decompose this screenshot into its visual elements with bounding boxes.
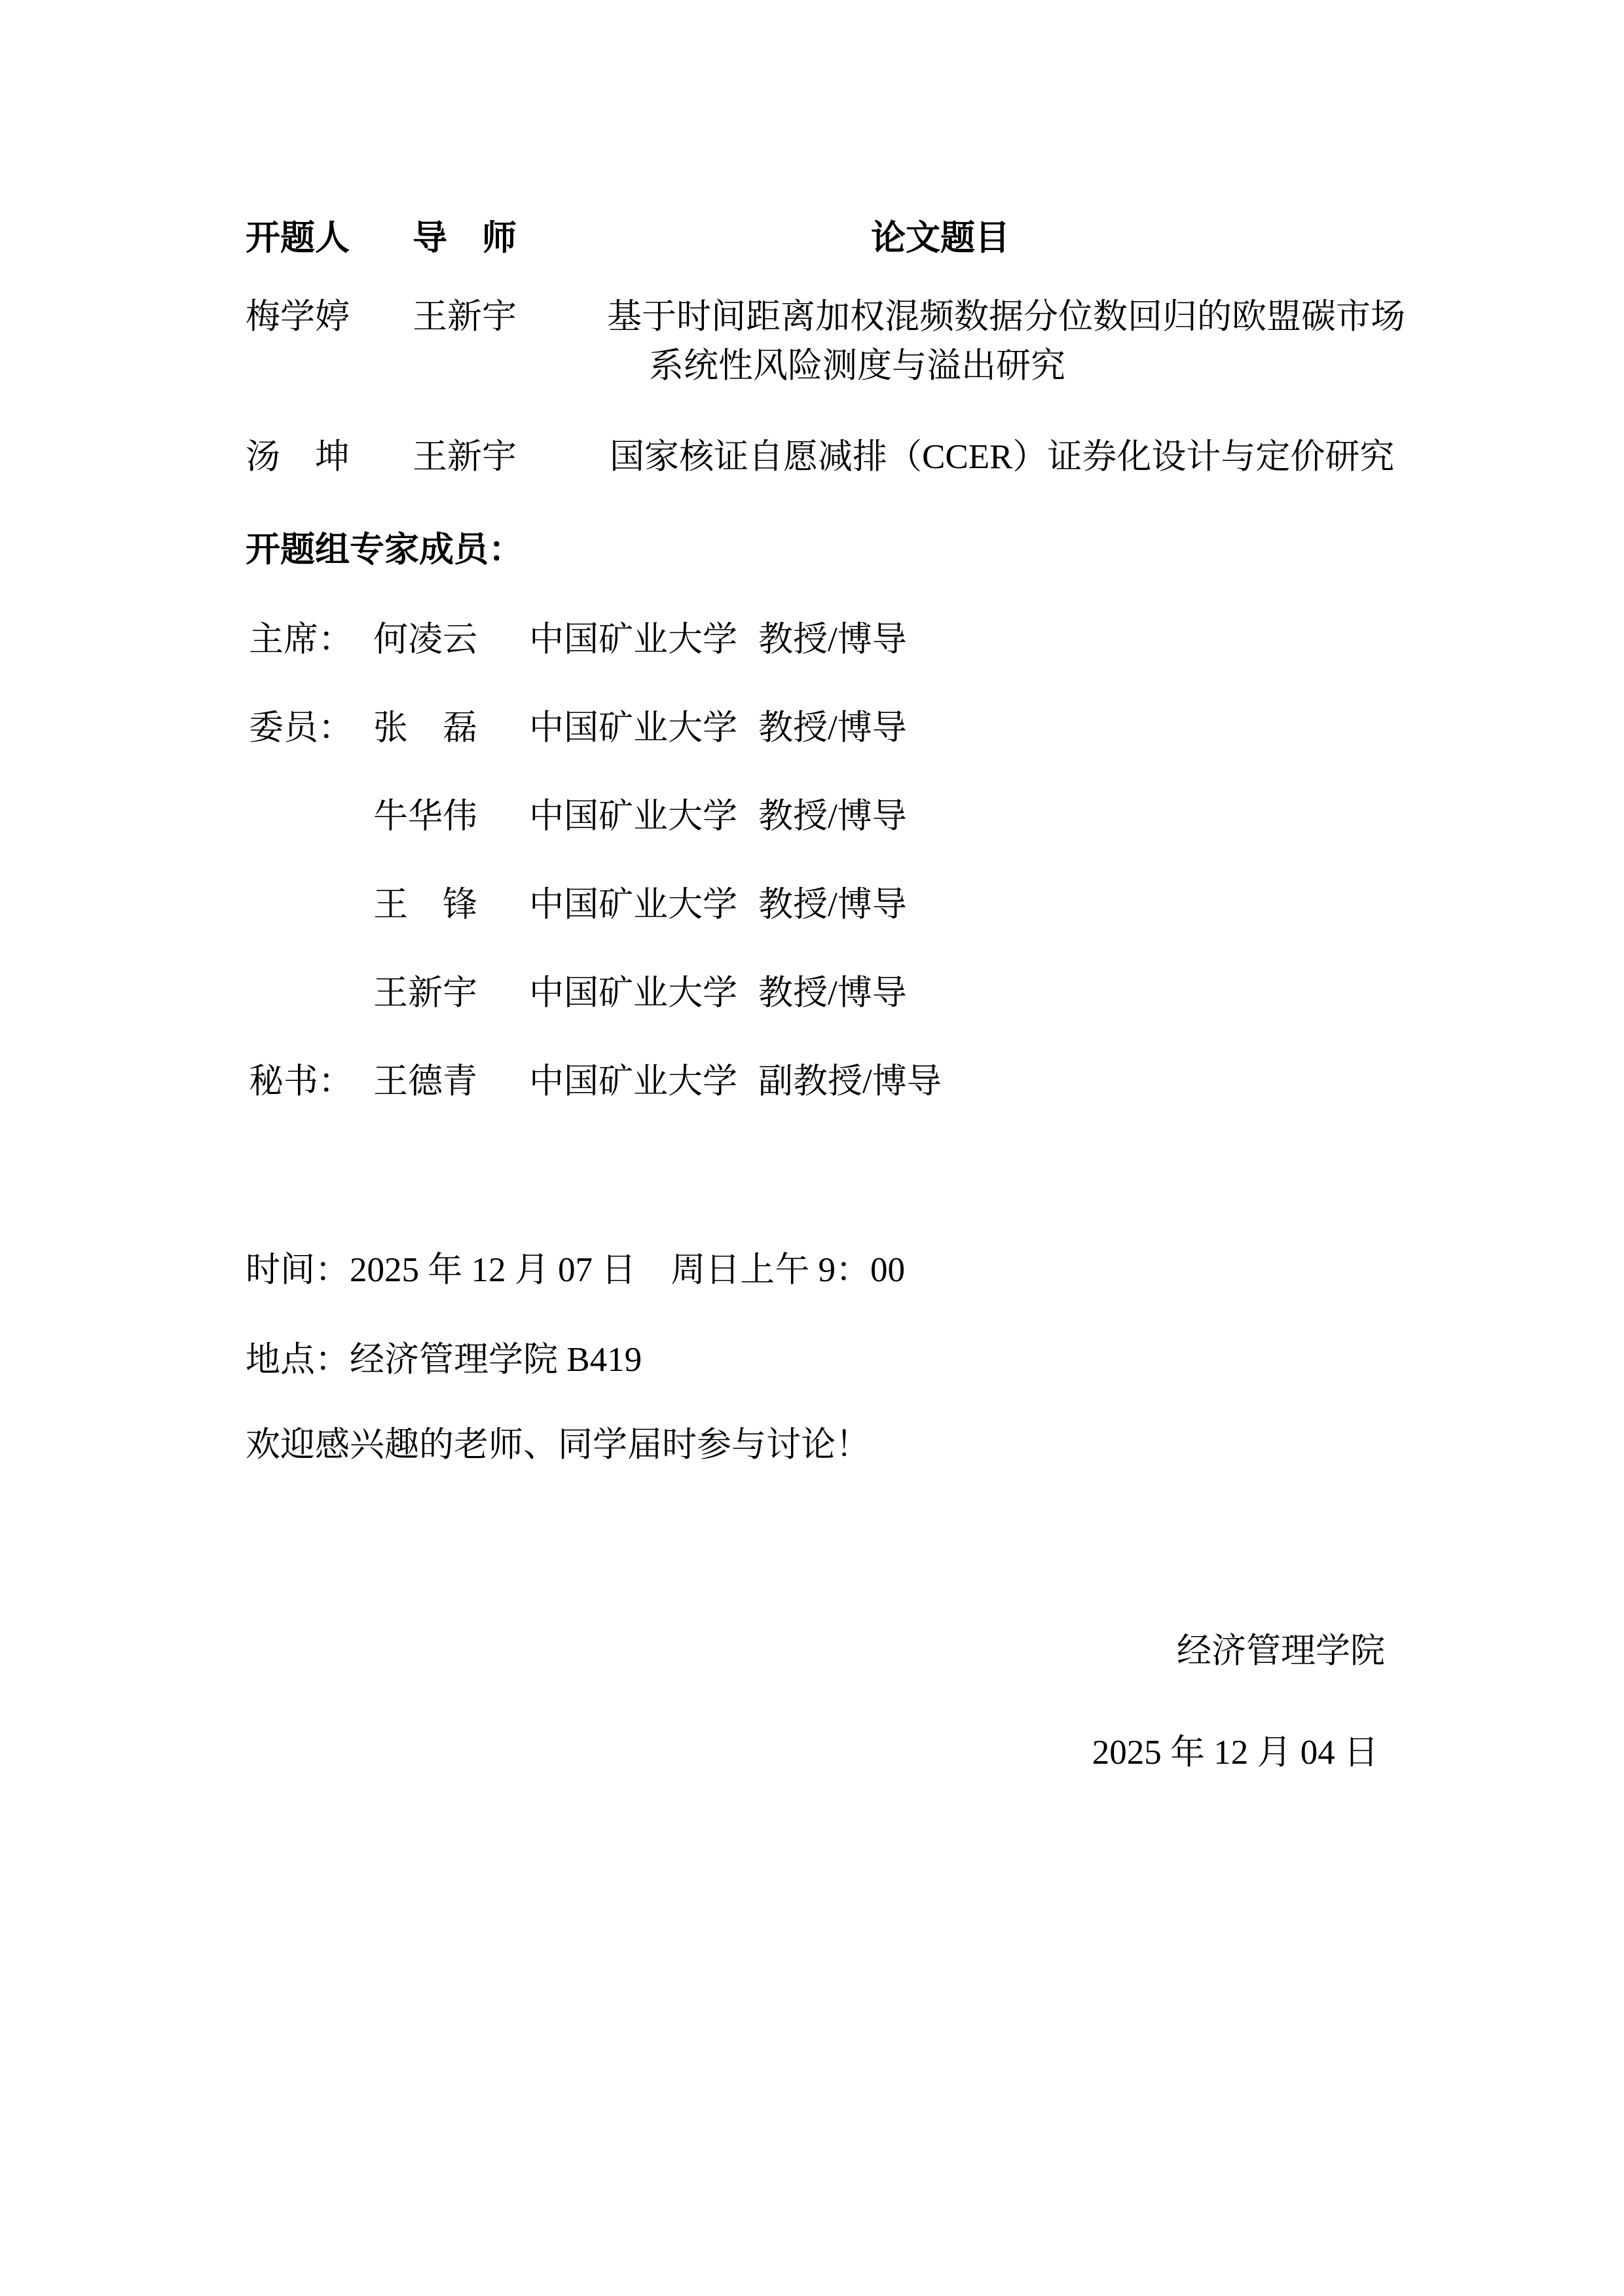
committee-4-name: 王 锋 [373,888,477,922]
committee-5-affiliation: 中国矿业大学 [529,976,737,1011]
committee-3-title: 教授/博导 [758,799,907,834]
welcome-line: 欢迎感兴趣的老师、同学届时参与讨论！ [246,1428,870,1463]
header-proposer-label: 开题人 [246,221,350,256]
header-thesis-title-label: 论文题目 [871,221,1010,256]
committee-1-name: 何凌云 [373,623,477,657]
proposal-1-proposer: 梅学婷 [246,300,350,335]
signature-org: 经济管理学院 [1177,1634,1385,1669]
document-page: 开题人 导 师 论文题目 梅学婷 王新宇 基于时间距离加权混频数据分位数回归的欧… [0,0,1624,2296]
proposal-2-title-line1: 国家核证自愿减排（CCER）证券化设计与定价研究 [610,440,1394,475]
proposal-1-advisor: 王新宇 [413,300,517,335]
committee-2-role: 委员： [249,711,353,746]
location-line: 地点：经济管理学院 B419 [246,1343,642,1377]
proposal-1-title-line2: 系统性风险测度与溢出研究 [649,349,1065,384]
committee-6-title: 副教授/博导 [758,1065,942,1099]
committee-6-name: 王德青 [373,1065,477,1099]
proposal-2-advisor: 王新宇 [413,440,517,475]
committee-3-name: 牛华伟 [373,799,477,834]
committee-2-affiliation: 中国矿业大学 [529,711,737,746]
committee-3-affiliation: 中国矿业大学 [529,799,737,834]
committee-1-title: 教授/博导 [758,623,907,657]
committee-4-title: 教授/博导 [758,888,907,922]
committee-1-affiliation: 中国矿业大学 [529,623,737,657]
committee-2-name: 张 磊 [373,711,477,746]
committee-5-title: 教授/博导 [758,976,907,1011]
signature-date: 2025 年 12 月 04 日 [1092,1736,1378,1770]
proposal-1-title-line1: 基于时间距离加权混频数据分位数回归的欧盟碳市场 [607,300,1405,335]
proposal-2-proposer: 汤 坤 [246,440,350,475]
committee-1-role: 主席： [249,623,353,657]
time-line: 时间：2025 年 12 月 07 日 周日上午 9：00 [246,1253,905,1288]
committee-6-affiliation: 中国矿业大学 [529,1065,737,1099]
committee-6-role: 秘书： [249,1065,353,1099]
committee-5-name: 王新宇 [373,976,477,1011]
committee-heading: 开题组专家成员： [246,533,523,568]
committee-4-affiliation: 中国矿业大学 [529,888,737,922]
committee-2-title: 教授/博导 [758,711,907,746]
header-advisor-label: 导 师 [413,221,517,256]
